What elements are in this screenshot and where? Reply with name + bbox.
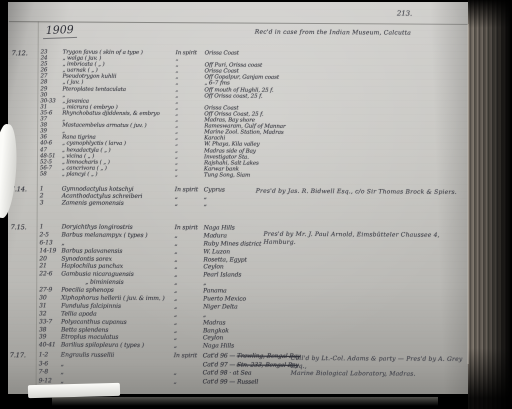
locality: Tung Song, Siam <box>204 172 250 178</box>
species-name: Polyacanthus cupanus <box>61 318 127 325</box>
disposition: „ <box>174 370 177 377</box>
disposition: „ <box>174 327 177 334</box>
species-name: Barbus melanampyx ( types ) <box>62 231 148 239</box>
disposition: „ <box>174 319 177 326</box>
disposition: „ <box>174 264 177 271</box>
locality: „ <box>204 194 207 201</box>
disposition: „ <box>174 256 177 263</box>
locality: „ <box>203 311 206 318</box>
entry-number: 6-13 <box>39 239 52 246</box>
locality: Puerto Mexico <box>203 295 246 302</box>
entry-number: 31 <box>39 302 46 309</box>
species-name: Haplochilus panchax <box>61 263 123 270</box>
species-name: Fundulus falcipinnis <box>61 302 121 309</box>
entry-number: 32 <box>39 310 46 317</box>
species-name: „ biminiensis <box>85 279 123 286</box>
species-name: Barilius spilopleura ( types ) <box>61 342 144 350</box>
ledger-entries: 7.12.23Trygon favus ( skin of a type )In… <box>9 1 471 4</box>
locality: Madras <box>203 319 226 326</box>
disposition: „ <box>174 240 177 247</box>
disposition: „ <box>174 335 177 342</box>
disposition: In spirit <box>174 352 197 359</box>
locality: „ <box>204 201 207 208</box>
entry-number: 39 <box>39 334 46 341</box>
locality: Naga Hills <box>203 343 234 350</box>
entry-number: 20 <box>39 255 46 262</box>
entry-number: 3-6 <box>39 360 48 367</box>
species-name: „ <box>61 369 64 376</box>
locality: Bangkok <box>203 327 229 334</box>
entry-number: 1 <box>40 185 44 192</box>
species-name: Gambusia nicaraguensis <box>61 271 133 278</box>
species-name: Tellia apoda <box>61 310 97 317</box>
ledger-section: 7.12.23Trygon favus ( skin of a type )In… <box>8 49 471 180</box>
disposition: „ <box>174 295 177 302</box>
species-name: Xiphophorus hellerii ( juv. & imm. ) <box>61 294 165 302</box>
species-name: Doryichthys longirostris <box>62 223 133 230</box>
disposition: „ <box>175 232 178 239</box>
side-note: Coll'd by Lt.-Col. Adams & party — Pres'… <box>291 355 469 379</box>
year-heading: 1909 <box>43 23 78 39</box>
page-number: 213. <box>397 10 412 18</box>
locality: Cat'd 96 — Trawling, Bengal Bay <box>203 352 301 360</box>
entry-number: 58 <box>40 171 47 177</box>
entry-number: 40-41 <box>39 342 56 349</box>
entry-number: 1-2 <box>39 351 48 358</box>
locality: Panama <box>203 287 226 294</box>
side-note: Rec'd in case from the Indian Museum, Ca… <box>255 29 411 38</box>
entry-number: 27-9 <box>39 286 52 293</box>
side-note: Pres'd by Mr. J. Paul Arnold, Eimsbüttel… <box>263 231 469 247</box>
locality: Niger Delta <box>203 303 238 310</box>
entry-number: 9-12 <box>39 377 52 384</box>
species-name: „ <box>61 360 64 367</box>
species-name: Barbus palavanensis <box>61 247 122 254</box>
entry-number: 7-8 <box>39 369 48 376</box>
entry-number: 21 <box>39 263 46 270</box>
locality: Cyprus <box>204 186 225 193</box>
entry-number: 38 <box>39 326 46 333</box>
entry-number: 22-6 <box>39 271 52 278</box>
locality: Madura <box>204 232 227 239</box>
locality: Ceylon <box>203 335 223 342</box>
disposition: „ <box>174 311 177 318</box>
disposition: „ <box>174 378 177 385</box>
locality: Cat'd 99 — Russell <box>203 378 259 385</box>
disposition: „ <box>174 287 177 294</box>
ledger-row: 3Zamenis gemonensis„„ <box>8 200 470 210</box>
disposition: „ <box>174 343 177 350</box>
disposition: „ <box>175 193 178 200</box>
locality: „ <box>203 280 206 287</box>
locality: Ruby Mines district <box>203 240 261 247</box>
side-note: Pres'd by Jas. R. Bidwell Esq., c/o Sir … <box>256 188 457 197</box>
margin-notes: Rec'd in case from the Indian Museum, Ca… <box>9 1 471 4</box>
disposition: „ <box>174 272 177 279</box>
header-rule <box>9 21 471 25</box>
disposition: „ <box>174 248 177 255</box>
species-name: Poecilia sphenops <box>61 287 114 294</box>
locality: Ceylon <box>203 264 223 271</box>
species-name: Zamenis gemonensis <box>62 200 124 207</box>
species-name: Betta splendens <box>61 326 108 333</box>
entry-number: 30 <box>39 294 46 301</box>
species-name: Engraulis russellii <box>61 351 114 358</box>
disposition: „ <box>174 303 177 310</box>
entry-number: 33-7 <box>39 318 52 325</box>
locality: Rosetta, Egypt <box>203 256 246 263</box>
page-edge-highlight <box>467 24 469 364</box>
entry-number: 14-19 <box>39 247 56 254</box>
disposition: In spirit <box>175 224 198 231</box>
entry-number: 2-5 <box>40 231 49 238</box>
locality: Pearl Islands <box>203 272 241 279</box>
entry-number: 3 <box>40 200 44 207</box>
species-name: Synodontis sorex <box>61 255 112 262</box>
locality: Naga Hills <box>204 224 235 231</box>
species-name: Etroplus maculatus <box>61 334 118 341</box>
entry-number: 2 <box>40 193 44 200</box>
table-shadow <box>52 397 438 406</box>
disposition: „ <box>175 172 178 178</box>
locality: Cat'd 97 — Stn. 233, Bengal Bay <box>203 361 299 369</box>
disposition: „ <box>175 201 178 208</box>
locality: W. Luzon <box>203 248 230 255</box>
disposition: „ <box>174 279 177 286</box>
page-ink: 213. 1909 7.12.23Trygon favus ( skin of … <box>7 1 471 396</box>
disposition: In spirit <box>175 186 198 193</box>
species-name: „ plancyi ( „ ) <box>62 171 98 177</box>
locality: Cat'd 98 · at Sea <box>203 370 252 377</box>
page-stack-edge <box>468 0 512 409</box>
entry-number: 1 <box>40 223 44 230</box>
species-name: „ <box>61 239 64 246</box>
register-page: 213. 1909 7.12.23Trygon favus ( skin of … <box>8 2 470 394</box>
underpage-edge-bottom <box>28 383 120 398</box>
photo-of-register: 213. 1909 7.12.23Trygon favus ( skin of … <box>0 0 512 409</box>
